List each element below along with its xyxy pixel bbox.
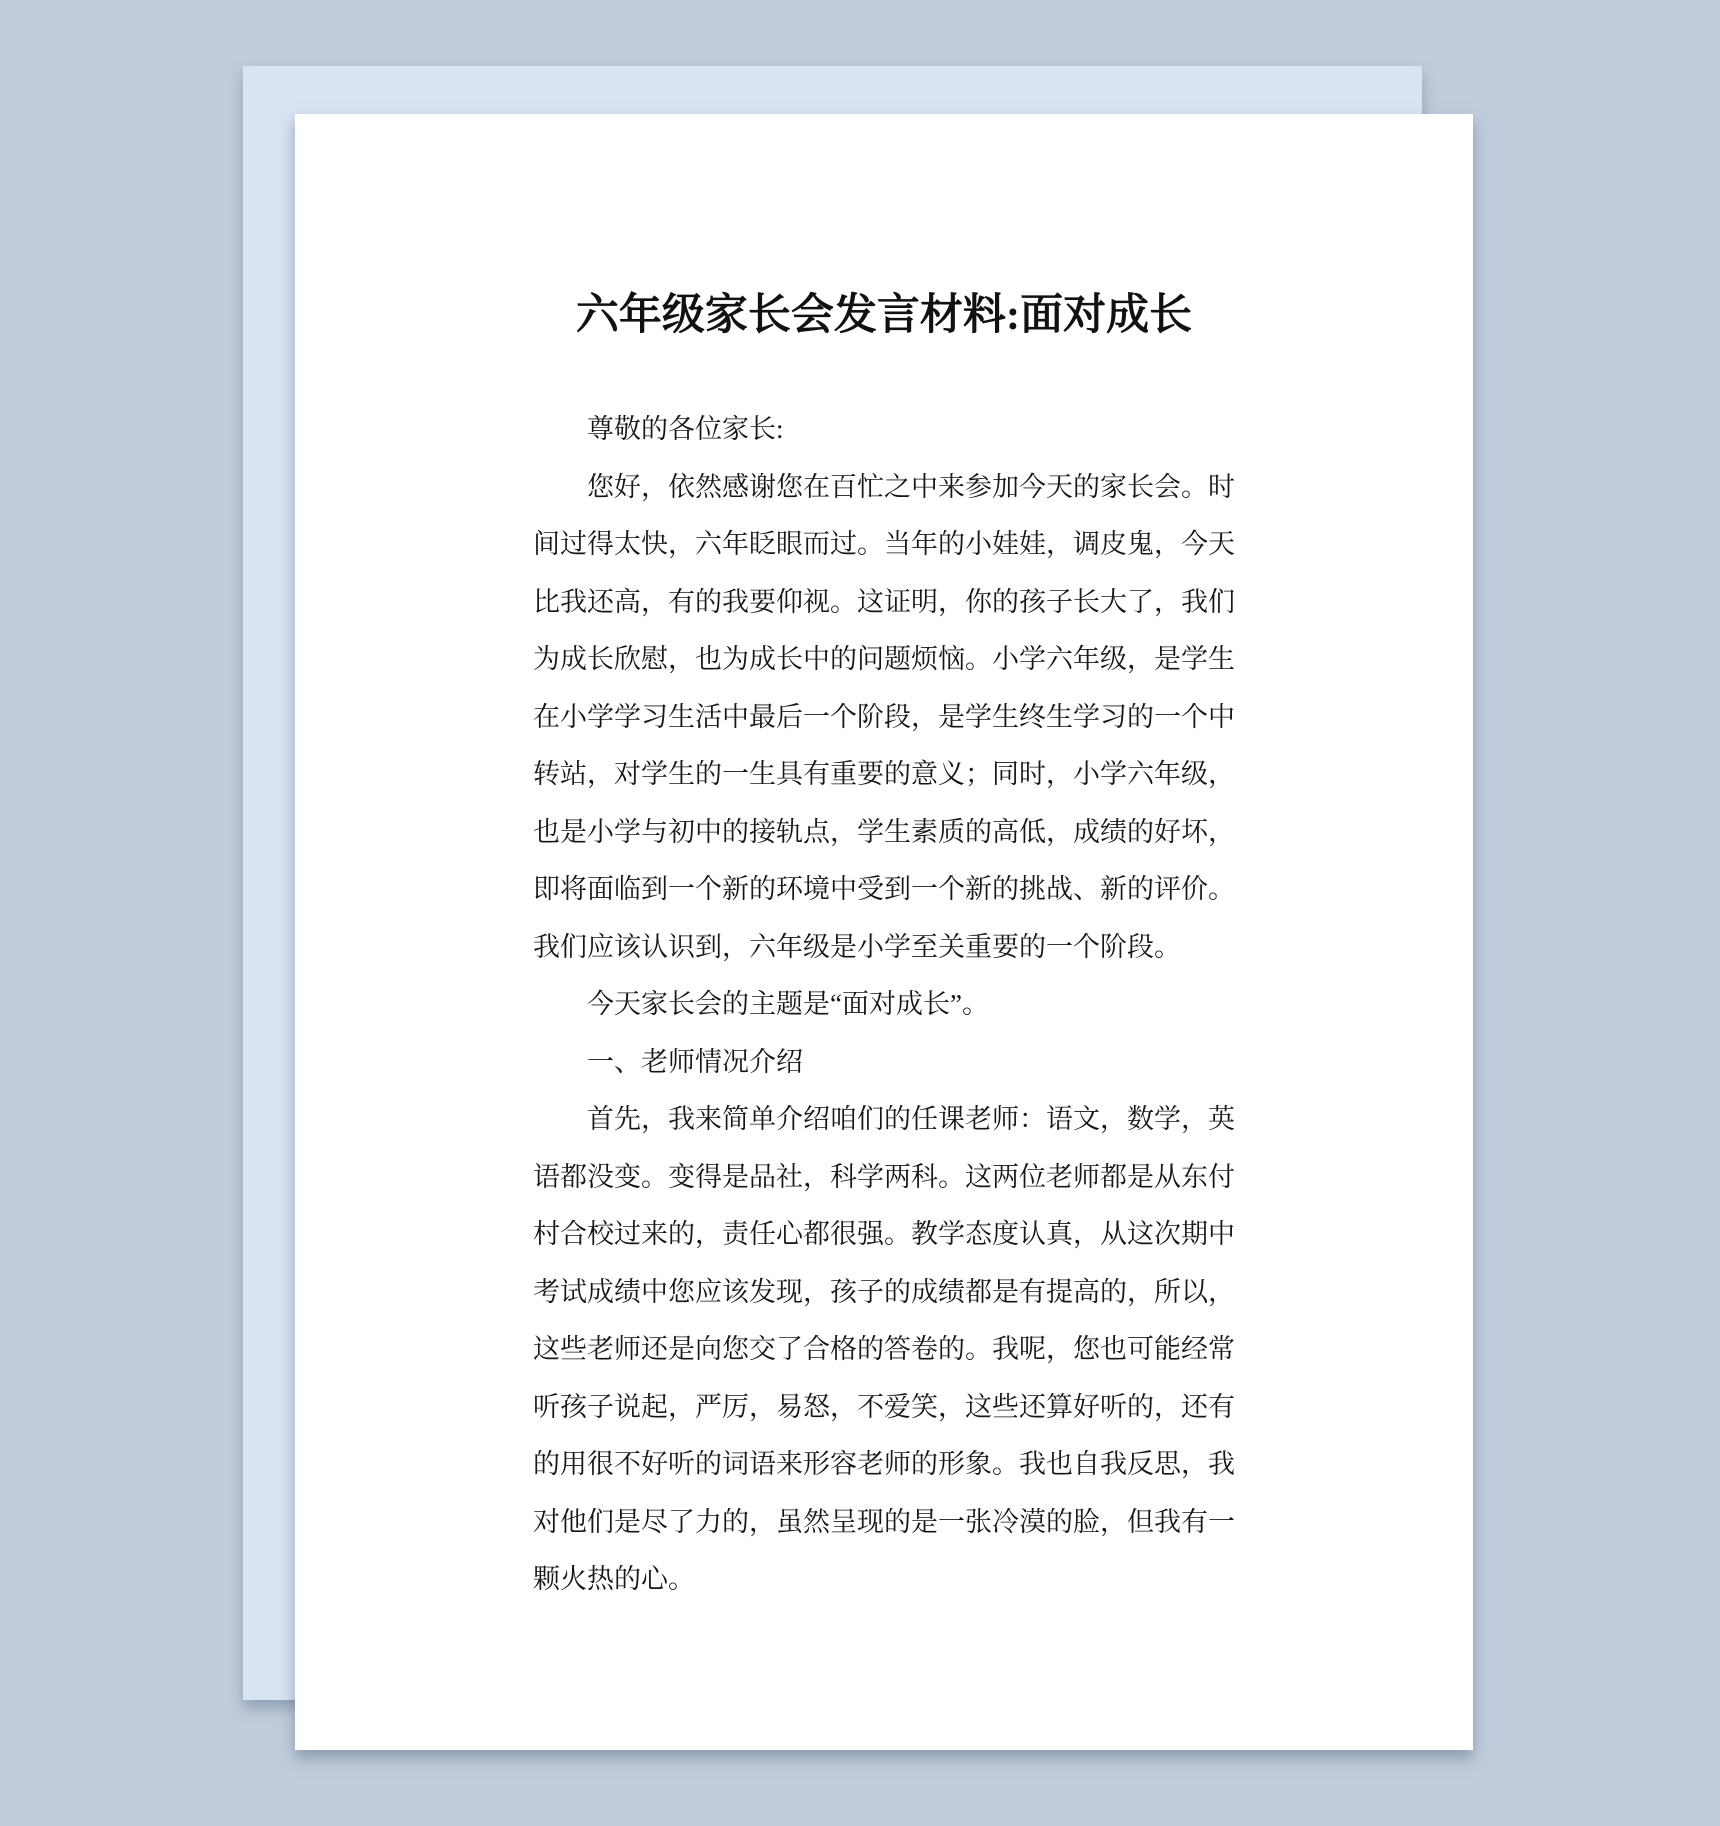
text-line: 间过得太快，六年眨眼而过。当年的小娃娃，调皮鬼，今天 [533, 516, 1235, 574]
text-line: 首先，我来简单介绍咱们的任课老师：语文，数学，英 [533, 1091, 1235, 1149]
text-line: 您好，依然感谢您在百忙之中来参加今天的家长会。时 [533, 459, 1235, 517]
document-page: 六年级家长会发言材料:面对成长 尊敬的各位家长:您好，依然感谢您在百忙之中来参加… [295, 114, 1473, 1750]
text-line: 的用很不好听的词语来形容老师的形象。我也自我反思，我 [533, 1436, 1235, 1494]
text-line: 在小学学习生活中最后一个阶段，是学生终生学习的一个中 [533, 689, 1235, 747]
text-line: 颗火热的心。 [533, 1551, 1235, 1609]
text-line: 今天家长会的主题是“面对成长”。 [533, 976, 1235, 1034]
text-line: 语都没变。变得是品社，科学两科。这两位老师都是从东付 [533, 1149, 1235, 1207]
desktop-background: 六年级家长会发言材料:面对成长 尊敬的各位家长:您好，依然感谢您在百忙之中来参加… [0, 0, 1720, 1826]
text-line: 考试成绩中您应该发现，孩子的成绩都是有提高的，所以， [533, 1264, 1235, 1322]
text-line: 比我还高，有的我要仰视。这证明，你的孩子长大了，我们 [533, 574, 1235, 632]
text-line: 这些老师还是向您交了合格的答卷的。我呢，您也可能经常 [533, 1321, 1235, 1379]
text-line: 转站，对学生的一生具有重要的意义；同时，小学六年级， [533, 746, 1235, 804]
document-body: 尊敬的各位家长:您好，依然感谢您在百忙之中来参加今天的家长会。时间过得太快，六年… [533, 401, 1235, 1609]
text-line: 我们应该认识到，六年级是小学至关重要的一个阶段。 [533, 919, 1235, 977]
text-line: 一、老师情况介绍 [533, 1034, 1235, 1092]
text-line: 听孩子说起，严厉，易怒，不爱笑，这些还算好听的，还有 [533, 1379, 1235, 1437]
text-line: 对他们是尽了力的，虽然呈现的是一张冷漠的脸，但我有一 [533, 1494, 1235, 1552]
text-line: 尊敬的各位家长: [533, 401, 1235, 459]
document-title: 六年级家长会发言材料:面对成长 [533, 286, 1235, 346]
text-line: 为成长欣慰，也为成长中的问题烦恼。小学六年级，是学生 [533, 631, 1235, 689]
text-line: 也是小学与初中的接轨点，学生素质的高低，成绩的好坏， [533, 804, 1235, 862]
text-line: 即将面临到一个新的环境中受到一个新的挑战、新的评价。 [533, 861, 1235, 919]
text-line: 村合校过来的，责任心都很强。教学态度认真，从这次期中 [533, 1206, 1235, 1264]
